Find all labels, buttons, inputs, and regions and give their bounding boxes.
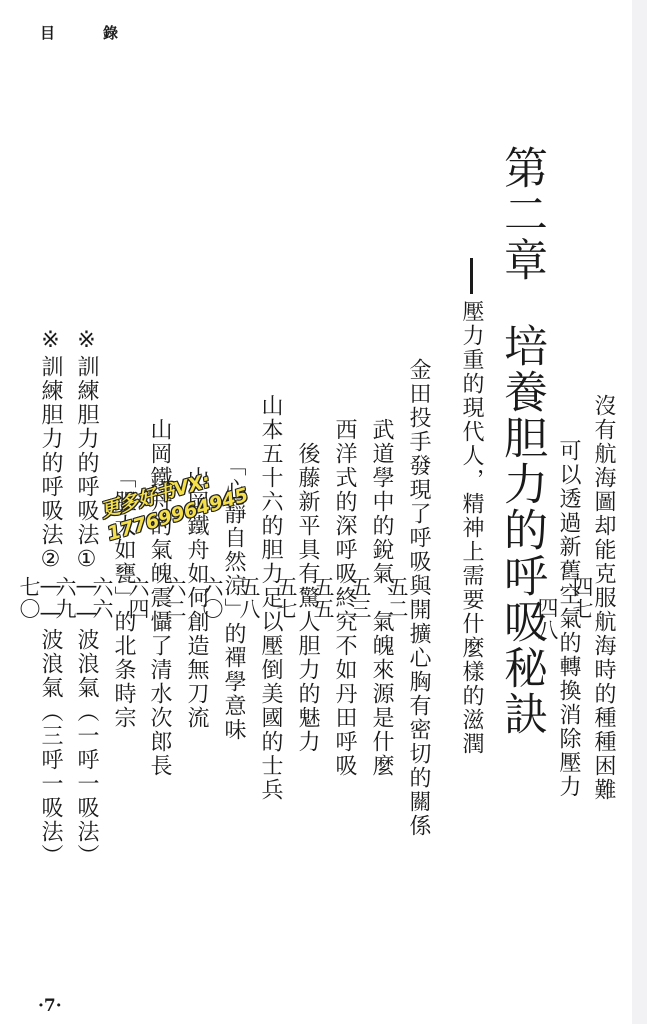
toc-entry-title: ※訓練胆力的呼吸法①——波浪氣（一呼一吸法） — [75, 328, 97, 868]
toc-entry-title: 金田投手發現了呼吸與開擴心胸有密切的關係 — [407, 358, 429, 838]
toc-entry-11[interactable]: ※訓練胆力的呼吸法②——波浪氣（三呼一吸法） 七〇 — [33, 248, 61, 948]
toc-entry-title: 山本五十六的胆力足以壓倒美國的士兵 — [259, 394, 281, 802]
toc-entry-title: ※訓練胆力的呼吸法②——波浪氣（三呼一吸法） — [39, 328, 61, 868]
toc-entry-6[interactable]: 「心靜自然涼」的禪學意味 六〇 — [216, 248, 244, 948]
toc-entry-title: 山岡鐵舟的氣魄震懾了清水次郎長 — [148, 418, 170, 778]
toc-entry-title: 武道學中的銳氣、氣魄來源是什麼 — [370, 418, 392, 778]
toc-entry-title: 西洋式的深呼吸終究不如丹田呼吸 — [333, 418, 355, 778]
header-char-mu: 目 — [40, 22, 55, 43]
toc-entry-3[interactable]: 西洋式的深呼吸終究不如丹田呼吸 五五 — [327, 248, 355, 948]
toc-entry-9[interactable]: 「胆大如甕」的北条時宗 六六 — [106, 248, 134, 948]
subtitle-dash — [470, 258, 473, 294]
toc-entry-8[interactable]: 山岡鐵舟的氣魄震懾了清水次郎長 六四 — [142, 248, 170, 948]
toc-entry-prev-1[interactable]: 沒有航海圖却能克服航海時的種種困難 四七 — [586, 248, 614, 948]
toc-entry-title: 「心靜自然涼」的禪學意味 — [222, 454, 244, 742]
chapter-title: 培養胆力的呼吸秘訣 — [496, 323, 547, 737]
toc-entry-title: 沒有航海圖却能克服航海時的種種困難 — [592, 394, 614, 802]
chapter-number: 第二章 — [496, 145, 547, 283]
toc-entry-2[interactable]: 武道學中的銳氣、氣魄來源是什麼 五三 — [364, 248, 392, 948]
toc-entry-page: 七〇 — [18, 576, 39, 620]
toc-entry-7[interactable]: 山岡鐵舟如何創造無刀流 六二 — [179, 248, 207, 948]
toc-entry-title: 可以透過新舊空氣的轉換消除壓力 — [557, 439, 579, 799]
toc-entry-title: 山岡鐵舟如何創造無刀流 — [185, 466, 207, 730]
toc-entry-title: 後藤新平具有驚人胆力的魅力 — [296, 442, 318, 754]
page-edge-strip — [632, 0, 647, 1024]
toc-entry-4[interactable]: 後藤新平具有驚人胆力的魅力 五七 — [290, 248, 318, 948]
toc-entry-5[interactable]: 山本五十六的胆力足以壓倒美國的士兵 五八 — [253, 248, 281, 948]
toc-entry-1[interactable]: 金田投手發現了呼吸與開擴心胸有密切的關係 五二 — [401, 248, 429, 948]
page-header: 目錄 — [40, 22, 118, 43]
chapter-subtitle: 壓力重的現代人，精神上需要什麼樣的滋潤 — [456, 258, 486, 756]
chapter-heading[interactable]: 第二章培養胆力的呼吸秘訣 — [496, 145, 546, 737]
toc-entry-title: 「胆大如甕」的北条時宗 — [112, 466, 134, 730]
header-char-lu: 錄 — [103, 22, 118, 43]
page-number: ·7· — [38, 996, 62, 1016]
toc-entry-prev-2[interactable]: 可以透過新舊空氣的轉換消除壓力 四八 — [551, 290, 579, 990]
chapter-subtitle-text: 壓力重的現代人，精神上需要什麼樣的滋潤 — [459, 300, 484, 756]
toc-entry-10[interactable]: ※訓練胆力的呼吸法①——波浪氣（一呼一吸法） 六九 — [69, 248, 97, 948]
